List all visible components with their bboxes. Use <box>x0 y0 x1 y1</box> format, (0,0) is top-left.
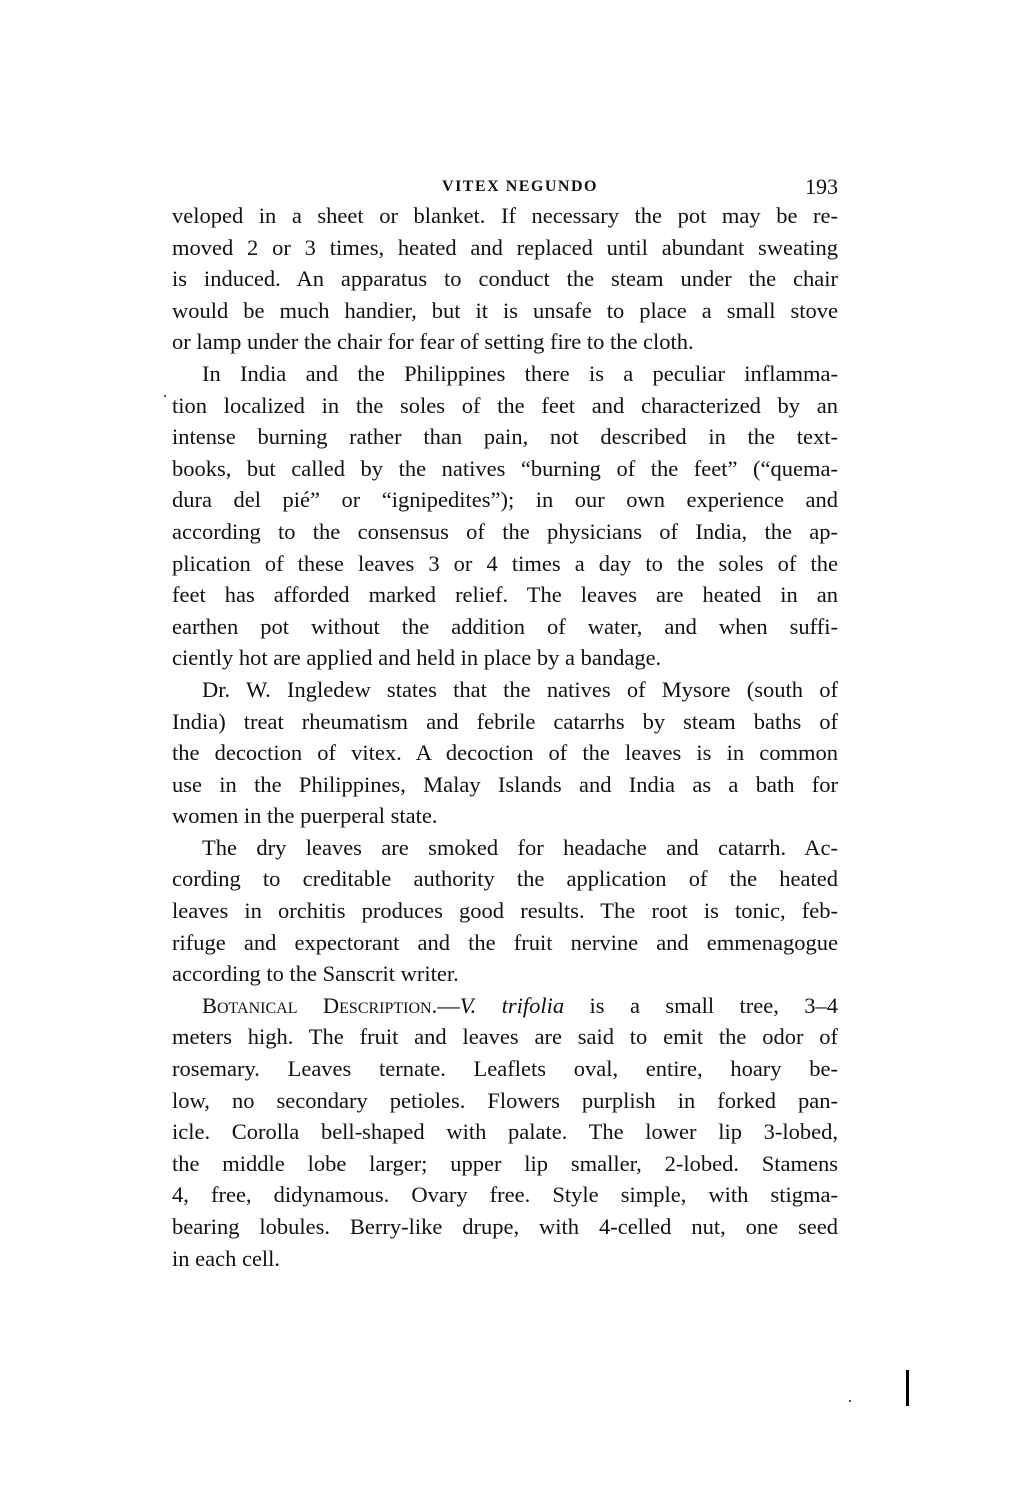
text-line: earthen pot without the addition of wate… <box>172 611 838 643</box>
text-line: tion localized in the soles of the feet … <box>172 390 838 422</box>
section-heading: Botanical Description. <box>202 993 437 1018</box>
text-line: leaves in orchitis produces good results… <box>172 895 838 927</box>
text-line: ciently hot are applied and held in plac… <box>172 642 838 674</box>
text-line: rosemary. Leaves ternate. Leaflets oval,… <box>172 1053 838 1085</box>
text-line: veloped in a sheet or blanket. If necess… <box>172 200 838 232</box>
text-line: the decoction of vitex. A decoction of t… <box>172 737 838 769</box>
text-line: India) treat rheumatism and febrile cata… <box>172 706 838 738</box>
em-dash: — <box>437 993 460 1018</box>
text-line: icle. Corolla bell-shaped with palate. T… <box>172 1116 838 1148</box>
text-line: women in the puerperal state. <box>172 800 838 832</box>
text-line: rifuge and expectorant and the fruit ner… <box>172 927 838 959</box>
text-line: according to the consensus of the physic… <box>172 516 838 548</box>
paragraph-sweating-bath: veloped in a sheet or blanket. If necess… <box>172 200 838 358</box>
text-fragment: is a small tree, 3–4 <box>564 993 838 1018</box>
text-line: according to the Sanscrit writer. <box>172 958 838 990</box>
text-line: feet has afforded marked relief. The lea… <box>172 579 838 611</box>
paragraph-ingledew: Dr. W. Ingledew states that the natives … <box>172 674 838 832</box>
page-number: 193 <box>805 174 838 200</box>
text-line: cording to creditable authority the appl… <box>172 863 838 895</box>
scan-speck <box>164 395 166 397</box>
text-line: Dr. W. Ingledew states that the natives … <box>172 674 838 706</box>
text-line: dura del pié” or “ignipedites”); in our … <box>172 484 838 516</box>
scan-margin-mark <box>906 1370 909 1406</box>
paragraph-dry-leaves: The dry leaves are smoked for headache a… <box>172 832 838 990</box>
running-title: VITEX NEGUNDO <box>172 178 838 196</box>
text-line: 4, free, didynamous. Ovary free. Style s… <box>172 1179 838 1211</box>
text-line: or lamp under the chair for fear of sett… <box>172 326 838 358</box>
text-line: bearing lobules. Berry-like drupe, with … <box>172 1211 838 1243</box>
text-line: moved 2 or 3 times, heated and replaced … <box>172 232 838 264</box>
text-line: In India and the Philippines there is a … <box>172 358 838 390</box>
text-line: books, but called by the natives “burnin… <box>172 453 838 485</box>
text-line: in each cell. <box>172 1243 838 1275</box>
text-line: Botanical Description.—V. trifolia is a … <box>172 990 838 1022</box>
running-head: VITEX NEGUNDO 193 <box>172 176 838 200</box>
text-line: intense burning rather than pain, not de… <box>172 421 838 453</box>
body-text: veloped in a sheet or blanket. If necess… <box>172 200 838 1274</box>
text-line: low, no secondary petioles. Flowers purp… <box>172 1085 838 1117</box>
paragraph-botanical-description: Botanical Description.—V. trifolia is a … <box>172 990 838 1274</box>
book-page: VITEX NEGUNDO 193 veloped in a sheet or … <box>0 0 1010 1506</box>
text-line: would be much handier, but it is unsafe … <box>172 295 838 327</box>
text-line: the middle lobe larger; upper lip smalle… <box>172 1148 838 1180</box>
paragraph-burning-feet: In India and the Philippines there is a … <box>172 358 838 674</box>
text-line: meters high. The fruit and leaves are sa… <box>172 1021 838 1053</box>
text-line: plication of these leaves 3 or 4 times a… <box>172 548 838 580</box>
text-line: is induced. An apparatus to conduct the … <box>172 263 838 295</box>
text-line: The dry leaves are smoked for headache a… <box>172 832 838 864</box>
species-name: V. trifolia <box>460 993 564 1018</box>
scan-speck <box>849 1400 851 1402</box>
text-line: use in the Philippines, Malay Islands an… <box>172 769 838 801</box>
